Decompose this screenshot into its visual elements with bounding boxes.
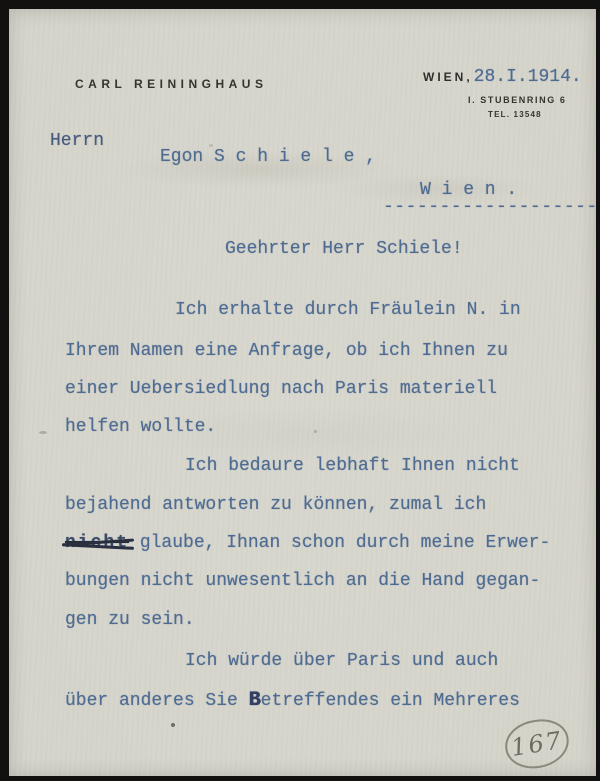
struck-out-word: nicht — [65, 533, 129, 553]
ink-speck — [209, 144, 213, 147]
letter-paper: CARL REININGHAUS WIEN, 28.I.1914. I. STU… — [9, 9, 596, 776]
archival-page-number: 167 — [502, 715, 573, 772]
letterhead-telephone: TEL. 13548 — [488, 111, 542, 119]
body-line-suffix: etreffendes ein Mehreres — [261, 691, 520, 711]
body-line-rest: glaube, Ihnan schon durch meine Erwer- — [129, 533, 550, 553]
ink-speck — [171, 723, 175, 727]
body-line-prefix: über anderes Sie — [65, 691, 249, 711]
body-line: Ich würde über Paris und auch — [185, 652, 498, 670]
body-line: helfen wollte. — [65, 418, 216, 436]
body-line: bungen nicht unwesentlich an die Hand ge… — [65, 572, 540, 590]
pencil-mark — [39, 431, 47, 434]
recipient-prefix: Herrn — [50, 132, 104, 150]
recipient-name: Egon S c h i e l e , — [160, 148, 376, 166]
letterhead-street: I. STUBENRING 6 — [468, 96, 567, 105]
letterhead-city-label: WIEN, — [423, 71, 473, 83]
salutation: Geehrter Herr Schiele! — [225, 240, 463, 258]
ink-speck — [314, 430, 317, 433]
scan-black-border: CARL REININGHAUS WIEN, 28.I.1914. I. STU… — [0, 0, 600, 781]
typed-date: 28.I.1914. — [474, 68, 582, 86]
body-line: bejahend antworten zu können, zumal ich — [65, 496, 486, 514]
recipient-city-underline: ------------------- — [383, 198, 598, 216]
letterhead-sender: CARL REININGHAUS — [75, 78, 267, 90]
body-line: Ich bedaure lebhaft Ihnen nicht — [185, 457, 520, 475]
overtyped-letter: B — [249, 689, 261, 712]
body-line: Ihrem Namen eine Anfrage, ob ich Ihnen z… — [65, 342, 508, 360]
letterhead-dateline: WIEN, 28.I.1914. — [423, 68, 582, 86]
body-line: Ich erhalte durch Fräulein N. in — [175, 301, 521, 319]
body-line-with-strikethrough: nicht glaube, Ihnan schon durch meine Er… — [65, 534, 550, 552]
body-line-with-overtype: über anderes Sie Betreffendes ein Mehrer… — [65, 691, 520, 711]
body-line: gen zu sein. — [65, 611, 195, 629]
body-line: einer Uebersiedlung nach Paris materiell — [65, 380, 497, 398]
